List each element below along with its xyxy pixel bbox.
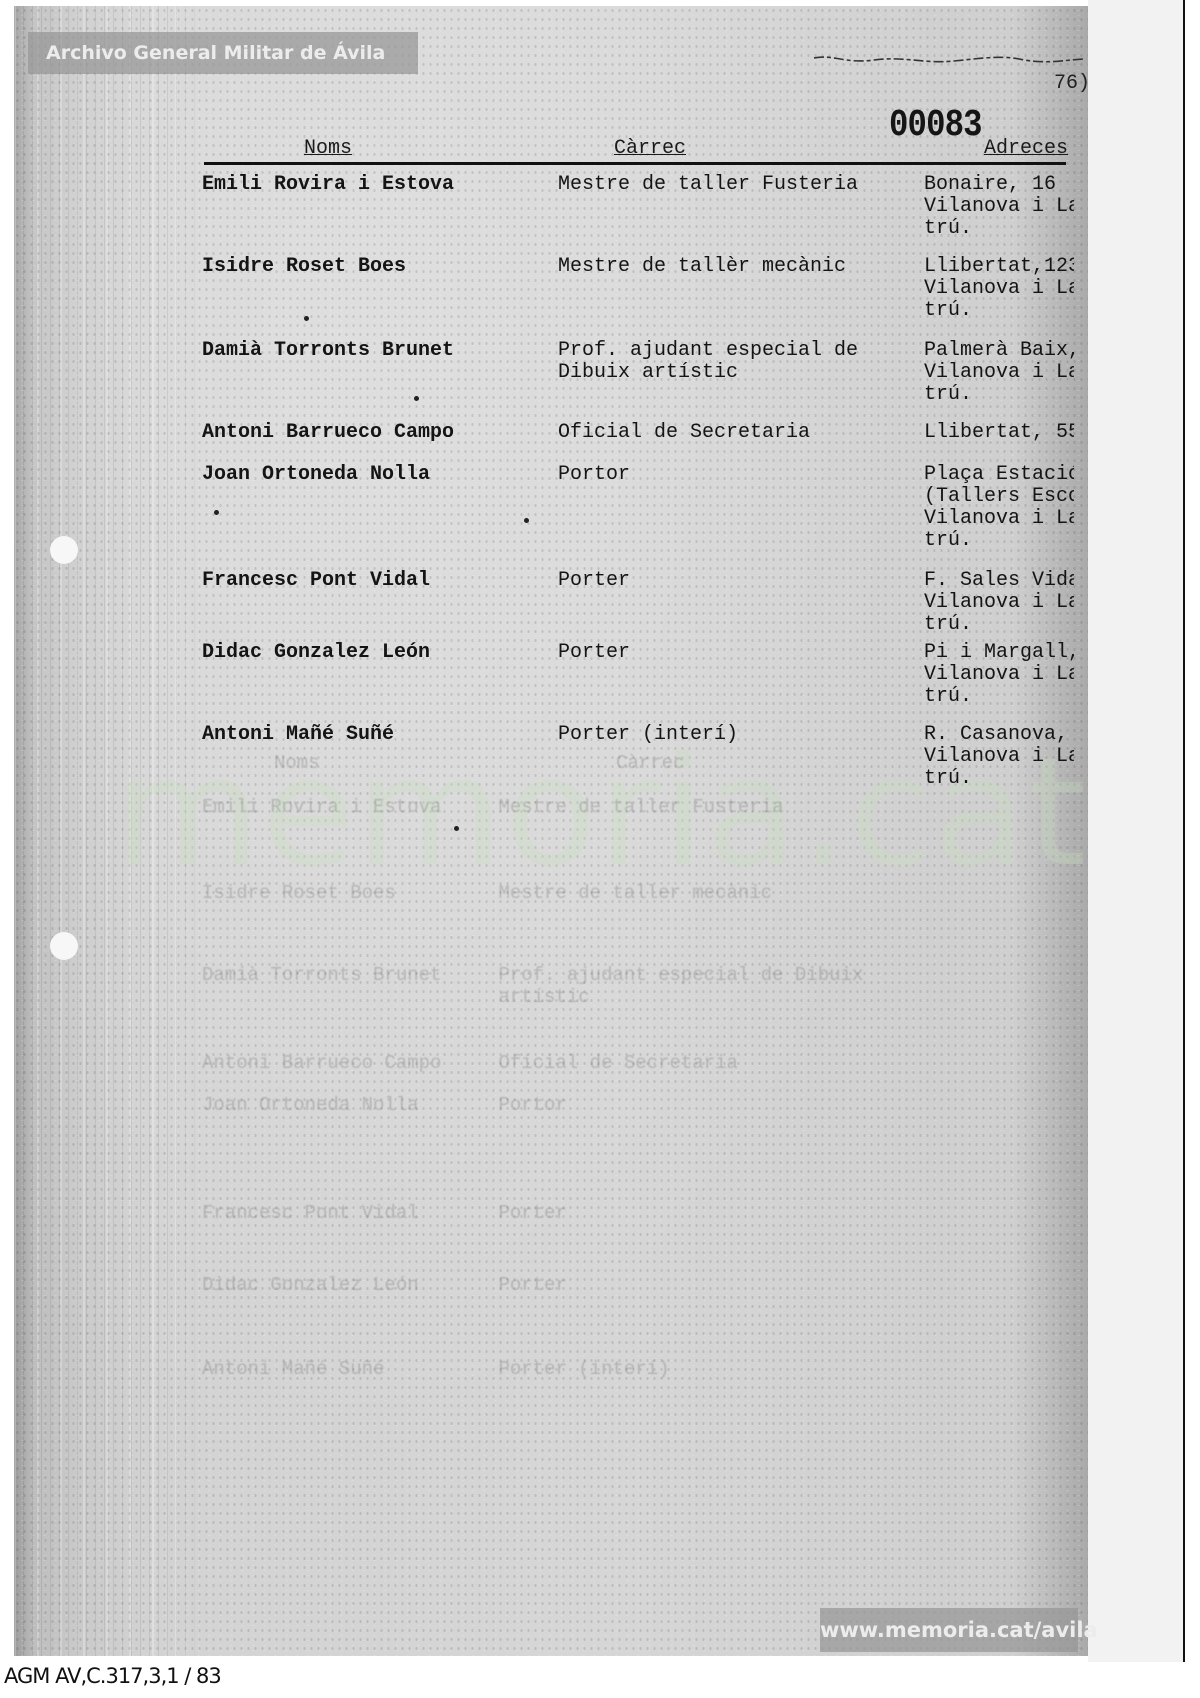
bleed-through-line: Isidre Roset Boes Mestre de taller mecàn… bbox=[202, 882, 772, 904]
ink-speck bbox=[414, 396, 419, 401]
staff-name: Antoni Barrueco Campo bbox=[202, 422, 454, 444]
staff-name: Antoni Mañé Suñé bbox=[202, 724, 394, 746]
staff-address: Palmerà Baix,4 Vilanova i La Gel trú. bbox=[924, 340, 1074, 406]
punch-hole bbox=[50, 536, 78, 564]
staff-address: F. Sales Vidal,52 Vilanova i La Gel trú. bbox=[924, 570, 1074, 636]
frame-border bbox=[1183, 0, 1185, 1662]
table-header: Noms Càrrec Adreces bbox=[204, 132, 1066, 165]
staff-name: Emili Rovira i Estova bbox=[202, 174, 454, 196]
staff-address: Llibertat,123 Vilanova i La Gel trú. bbox=[924, 256, 1074, 322]
punch-hole bbox=[50, 932, 78, 960]
staff-address: Plaça Estació (Tallers Escola) Vilanova … bbox=[924, 464, 1074, 552]
staff-role: Porter bbox=[558, 570, 630, 592]
staff-name: Joan Ortoneda Nolla bbox=[202, 464, 430, 486]
ink-speck bbox=[454, 826, 459, 831]
archive-reference: AGM AV,C.317,3,1 / 83 bbox=[4, 1664, 221, 1688]
bleed-through-line: Joan Ortoneda Nolla Portor bbox=[202, 1094, 567, 1116]
column-header-role: Càrrec bbox=[614, 137, 686, 160]
bleed-through-line: artístic bbox=[202, 986, 590, 1008]
bleed-through-line: Emili Rovira i Estova Mestre de taller F… bbox=[202, 796, 784, 818]
bleed-through-line: Antoni Barrueco Campo Oficial de Secreta… bbox=[202, 1052, 738, 1074]
staff-role: Oficial de Secretaria bbox=[558, 422, 810, 444]
ink-speck bbox=[214, 510, 219, 515]
page-reference: 76) bbox=[1054, 72, 1088, 95]
staff-address: Llibertat, 55 bbox=[924, 422, 1074, 444]
ink-speck bbox=[304, 316, 309, 321]
staff-role: Porter (interí) bbox=[558, 724, 738, 746]
bleed-through-line: Francesc Pont Vidal Porter bbox=[202, 1202, 567, 1224]
staff-name: Isidre Roset Boes bbox=[202, 256, 406, 278]
staff-role: Porter bbox=[558, 642, 630, 664]
column-header-names: Noms bbox=[304, 137, 352, 160]
staff-address: Bonaire, 16 Vilanova i La Gel trú. bbox=[924, 174, 1074, 240]
staff-role: Portor bbox=[558, 464, 630, 486]
staff-role: Prof. ajudant especial de Dibuix artísti… bbox=[558, 340, 858, 384]
ink-speck bbox=[524, 518, 529, 523]
column-header-addresses: Adreces bbox=[984, 137, 1068, 160]
staff-name: Didac Gonzalez León bbox=[202, 642, 430, 664]
scan-margin bbox=[1088, 0, 1183, 1662]
site-watermark: www.memoria.cat/avila bbox=[820, 1608, 1078, 1652]
staff-name: Francesc Pont Vidal bbox=[202, 570, 430, 592]
wavy-underline bbox=[814, 52, 1084, 66]
staff-role: Mestre de tallèr mecànic bbox=[558, 256, 846, 278]
scanned-page: memoria.cat Noms CàrrecEmili Rovira i Es… bbox=[14, 6, 1088, 1656]
staff-role: Mestre de taller Fusteria bbox=[558, 174, 858, 196]
bleed-through-line: Antoni Mañé Suñé Porter (interí) bbox=[202, 1358, 669, 1380]
bleed-through-line: Didac Gonzalez León Porter bbox=[202, 1274, 567, 1296]
staff-address: Pi i Margall, 1 Vilanova i La Gel trú. bbox=[924, 642, 1074, 708]
staff-name: Damià Torronts Brunet bbox=[202, 340, 454, 362]
staff-address: R. Casanova, 38 Vilanova i La Gel trú. bbox=[924, 724, 1074, 790]
bleed-through-line: Damià Torronts Brunet Prof. ajudant espe… bbox=[202, 964, 863, 986]
bleed-through-line: Noms Càrrec bbox=[274, 752, 684, 774]
archive-watermark: Archivo General Militar de Ávila bbox=[28, 32, 418, 74]
